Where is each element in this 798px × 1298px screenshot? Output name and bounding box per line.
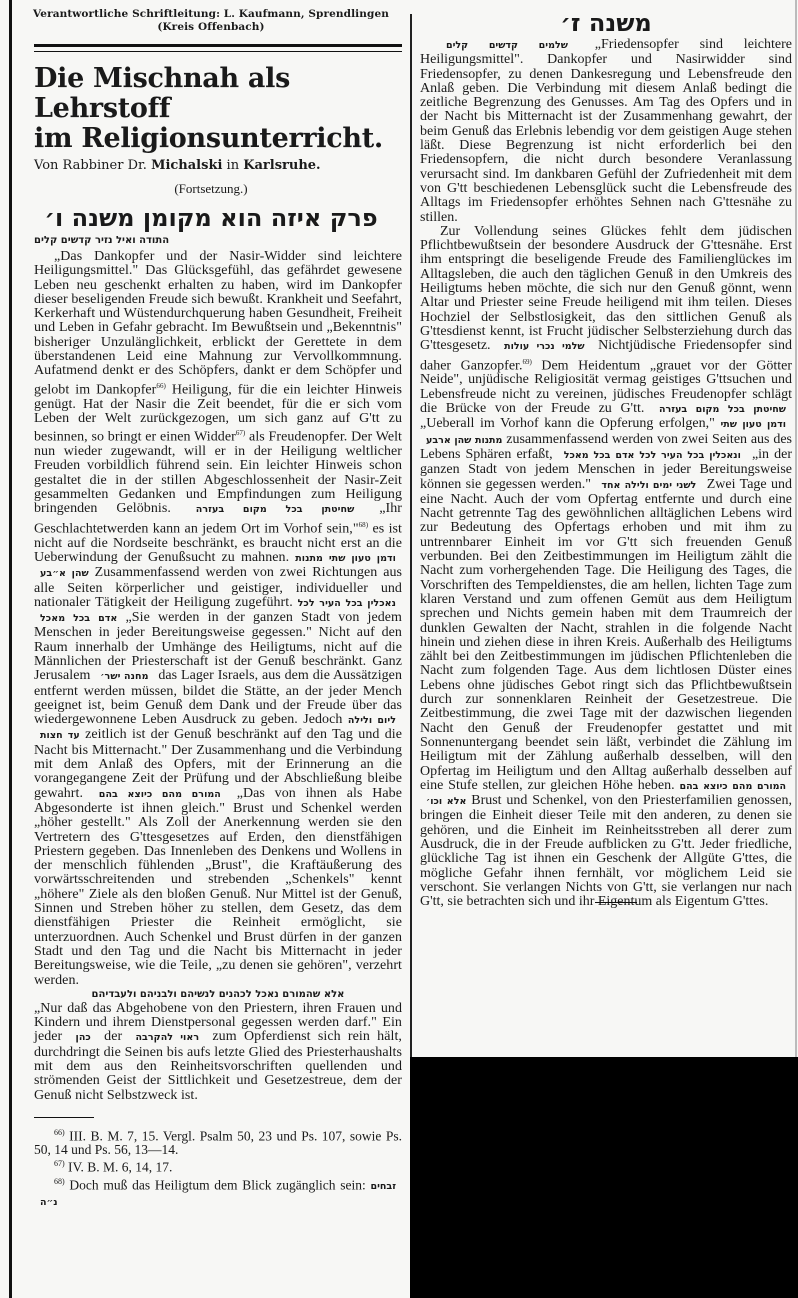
masthead-location-line: (Kreis Offenbach)	[20, 21, 402, 34]
hebrew-quote: שחיטתן בכל מקום בעזרה	[659, 404, 786, 415]
byline: Von Rabbiner Dr. Michalski in Karlsruhe.	[34, 158, 402, 174]
mishnah-7-heading: משנה ז׳	[420, 8, 792, 38]
hebrew-quote: המורם מהם כיוצא בהם	[99, 789, 221, 800]
footnote-67: 67) IV. B. M. 6, 14, 17.	[34, 1157, 402, 1175]
left-column: Verantwortliche Schriftleitung: L. Kaufm…	[20, 0, 402, 1210]
footnote-separator	[34, 1117, 94, 1118]
page-border-right	[795, 0, 797, 1060]
hebrew-quote: ונאכלין בכל העיר לכל אדם בכל מאכל	[564, 450, 741, 461]
page-border-left	[9, 0, 12, 1298]
footnote-text: III. B. M. 7, 15. Vergl. Psalm 50, 23 un…	[34, 1128, 402, 1157]
hebrew-quote-line: אלא שהמורם נאכל לכהנים לנשיהם ולבניהם ול…	[34, 988, 402, 1002]
text-run: „Friedensopfer sind leichtere Heiligungs…	[420, 37, 792, 225]
hebrew-quote: מחנה ישר׳	[100, 671, 148, 682]
footnote-ref-68[interactable]: 68)	[359, 521, 368, 529]
footnote-text: IV. B. M. 6, 14, 17.	[68, 1160, 172, 1175]
hebrew-quote: כהן	[76, 1032, 91, 1043]
hebrew-subheading: התודה ואיל נזיר קדשים קלים	[34, 234, 184, 248]
footnote-number: 67)	[54, 1159, 65, 1168]
byline-mid: in	[227, 158, 240, 173]
hebrew-chapter-heading: פרק איזה הוא מקומן משנה ו׳	[20, 202, 402, 234]
footnote-ref-67[interactable]: 67)	[236, 429, 245, 437]
footnote-number: 68)	[54, 1177, 65, 1186]
text-run: „Ueberall im Vorhof kann die Opferung er…	[420, 416, 715, 431]
hebrew-quote: שלמי נכרי עולות	[504, 341, 585, 352]
footnote-ref-69[interactable]: 69)	[522, 358, 531, 366]
article-title-line-2: im Religionsunterricht.	[34, 123, 383, 154]
article-title-line-1: Die Mischnah als Lehrstoff	[34, 63, 290, 124]
hebrew-quote: לשני ימים ולילה אחד	[601, 480, 696, 491]
body-paragraph-right-2: Zur Vollendung seines Glückes fehlt dem …	[420, 225, 792, 910]
text-run: Zur Vollendung seines Glückes fehlt dem …	[420, 224, 792, 353]
hebrew-quote: ראוי להקרבה	[135, 1032, 199, 1043]
footnote-68: 68) Doch muß das Heiligtum dem Blick zug…	[34, 1175, 402, 1211]
footnote-text: Doch muß das Heiligtum dem Blick zugängl…	[69, 1177, 365, 1192]
body-paragraph-right-1: שלמים קדשים קלים „Friedensopfer sind lei…	[420, 38, 792, 225]
text-run: Brust und Schenkel, von den Priesterfami…	[420, 793, 792, 909]
byline-place: Karlsruhe.	[243, 158, 320, 173]
byline-prefix: Von Rabbiner Dr.	[34, 158, 147, 173]
article-end-rule	[595, 902, 637, 903]
continuation-note: (Fortsetzung.)	[20, 180, 402, 198]
redacted-region	[410, 1057, 798, 1298]
footnote-66: 66) III. B. M. 7, 15. Vergl. Psalm 50, 2…	[34, 1126, 402, 1158]
article-title: Die Mischnah als Lehrstoff im Religionsu…	[34, 64, 402, 154]
column-divider	[410, 14, 412, 1064]
body-paragraph-left-2: „Nur daß das Abgehobene von den Priester…	[34, 1002, 402, 1103]
masthead-rule	[34, 44, 402, 52]
text-run: Zwei Tage und eine Nacht. Auch der vom O…	[420, 477, 792, 793]
text-run: „Das von ihnen als Habe Abgesonderte ist…	[34, 786, 402, 988]
footnote-number: 66)	[54, 1128, 65, 1137]
footnote-ref-66[interactable]: 66)	[156, 382, 165, 390]
masthead-editor-line: Verantwortliche Schriftleitung: L. Kaufm…	[20, 8, 402, 21]
text-run: „Das Dankopfer und der Nasir-Widder sind…	[34, 249, 402, 397]
hebrew-quote: שלמים קדשים קלים	[446, 40, 568, 51]
body-paragraph-left-1: „Das Dankopfer und der Nasir-Widder sind…	[34, 250, 402, 988]
masthead: Verantwortliche Schriftleitung: L. Kaufm…	[20, 0, 402, 34]
hebrew-quote: שחיטתן בכל מקום בעזרה	[196, 504, 355, 515]
text-run: der	[104, 1029, 122, 1044]
byline-author: Michalski	[151, 158, 222, 173]
right-column: משנה ז׳ שלמים קדשים קלים „Friedensopfer …	[420, 0, 792, 903]
text-run: das Lager Israels, aus dem die Aussätzig…	[34, 668, 402, 727]
